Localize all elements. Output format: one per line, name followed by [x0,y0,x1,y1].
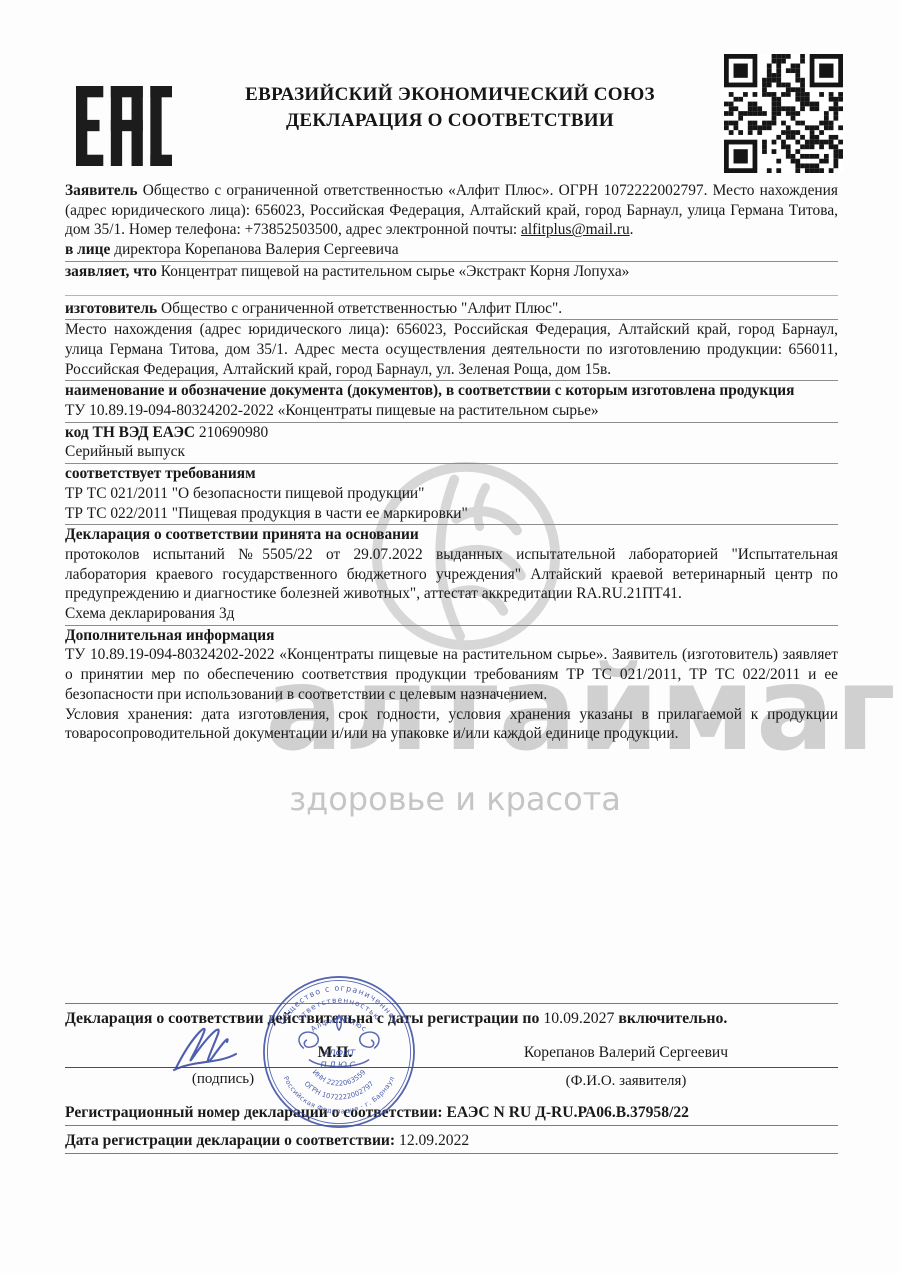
title-line-2: ДЕКЛАРАЦИЯ О СООТВЕТСТВИИ [180,108,720,134]
in-person-row: в лице директора Корепанова Валерия Серг… [65,240,838,262]
basis-text-row: протоколов испытаний №5505/22 от 29.07.2… [65,545,838,604]
svg-text:ИНН 2222063559: ИНН 2222063559 [311,1068,368,1087]
store-tagline-watermark: здоровье и красота [230,780,680,818]
tr-022-row: ТР ТС 022/2011 "Пищевая продукция в част… [65,504,838,526]
eac-logo-icon [76,84,172,168]
title-line-1: ЕВРАЗИЙСКИЙ ЭКОНОМИЧЕСКИЙ СОЮЗ [180,82,720,108]
svg-text:АЛФИТ: АЛФИТ [322,1049,356,1059]
email-text: alfitplus@mail.ru [521,221,630,238]
complies-heading: соответствует требованиям [65,464,838,484]
signature-section: Декларация о соответствии действительна … [65,1003,838,1173]
tr-021-row: ТР ТС 021/2011 "О безопасности пищевой п… [65,484,838,504]
basis-heading: Декларация о соответствии принята на осн… [65,525,838,545]
tu-row: ТУ 10.89.19-094-80324202-2022 «Концентра… [65,401,838,423]
manufacturer-row: изготовитель Общество с ограниченной отв… [65,295,838,321]
additional-info-row-1: ТУ 10.89.19-094-80324202-2022 «Концентра… [65,645,838,704]
additional-info-heading: Дополнительная информация [65,626,838,646]
signature-line [65,1067,838,1068]
validity-date: 10.09.2027 [543,1010,614,1027]
serial-row: Серийный выпуск [65,442,838,464]
applicant-name: Корепанов Валерий Сергеевич [487,1044,765,1062]
document-title: ЕВРАЗИЙСКИЙ ЭКОНОМИЧЕСКИЙ СОЮЗ ДЕКЛАРАЦИ… [180,82,720,134]
doc-basis-heading: наименование и обозначение документа (до… [65,381,838,401]
declares-row: заявляет, что Концентрат пищевой на раст… [65,262,838,282]
manufacturer-address-row: Место нахождения (адрес юридического лиц… [65,320,838,381]
applicant-row: Заявитель Общество с ограниченной ответс… [65,181,838,240]
registration-date-row: Дата регистрации декларации о соответств… [65,1132,838,1154]
declaration-body: Заявитель Общество с ограниченной ответс… [65,181,838,744]
registration-number-row: Регистрационный номер декларации о соотв… [65,1104,838,1126]
registration-date-value: 12.09.2022 [399,1132,469,1149]
signature-scribble [170,1020,274,1072]
additional-info-row-2: Условия хранения: дата изготовления, сро… [65,705,838,744]
svg-text:ПЛЮС: ПЛЮС [320,1060,357,1070]
qr-code [724,54,843,173]
tnved-row: код ТН ВЭД ЕАЭС 210690980 [65,423,838,443]
company-stamp: Общество с ограниченной ответственностью… [260,973,418,1131]
scheme-row: Схема декларирования 3д [65,604,838,626]
declaration-document: алтаймаг здоровье и красота ЕВРАЗИЙСКИЙ … [0,0,900,1273]
applicant-name-caption: (Ф.И.О. заявителя) [487,1073,765,1090]
registration-number-value: ЕАЭС N RU Д-RU.РА06.В.37958/22 [447,1104,689,1121]
